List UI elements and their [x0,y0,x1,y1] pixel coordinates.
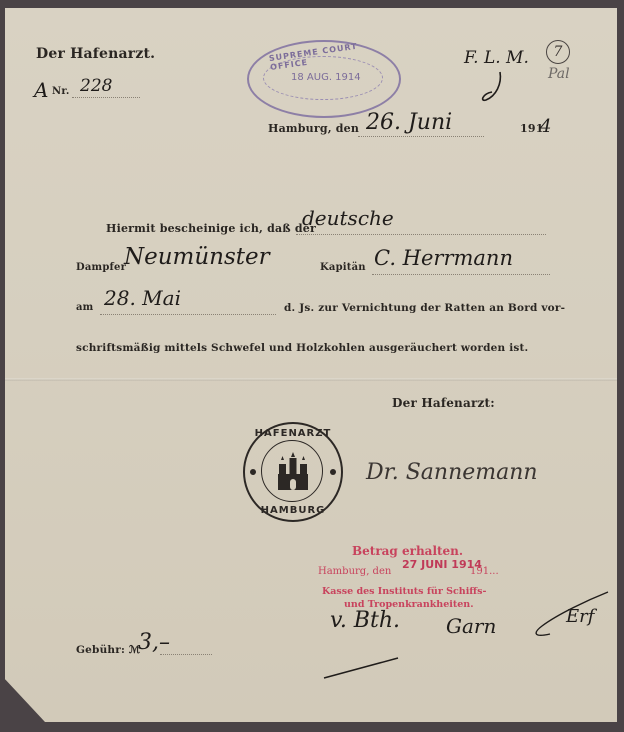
seal-dot-right [330,469,336,475]
nationality-rule [296,234,546,235]
payment-year-suffix: 191... [470,566,499,577]
port-doctor-signature: Dr. Sannemann [366,460,538,485]
number-label: Nr. [52,86,70,97]
circled-number: 7 [546,40,570,64]
captain-label: Kapitän [320,262,366,273]
seal-dot-left [250,469,256,475]
hamburg-castle-icon [277,452,309,492]
pen-stroke-icon [322,656,402,680]
cashier-signature: v. Bth. [330,608,400,633]
hafenarzt-hamburg-seal: HAFENARZT HAMBURG [243,422,343,522]
paper-fold-line [5,378,617,381]
fee-amount: 3,– [138,630,170,655]
initials-flourish-icon [478,70,508,106]
captain-name: C. Herrmann [374,246,513,270]
number-value: 228 [80,76,112,96]
purpose-text: d. Js. zur Vernichtung der Ratten an Bor… [284,302,565,314]
year-handwritten: 4 [540,116,551,137]
date-rule [358,136,484,137]
method-text: schriftsmäßig mittels Schwefel und Holzk… [76,342,528,354]
number-prefix-handwritten: A [34,78,48,102]
payment-received-text: Betrag erhalten. [352,544,463,558]
date-day-month: 26. Juni [366,110,452,135]
number-rule [72,97,140,98]
steamer-label: Dampfer [76,262,126,273]
seal-bottom-text: HAMBURG [245,505,341,516]
signature-title: Der Hafenarzt: [392,396,495,410]
supreme-court-received-stamp: SUPREME COURT OFFICE 18 AUG. 1914 [247,40,401,118]
nationality-handwritten: deutsche [302,206,394,230]
institute-name-line1: Kasse des Instituts für Schiffs- [322,586,486,597]
fee-label: Gebühr: ℳ [76,644,140,656]
initials-annotation: F. L. M. [464,48,529,68]
payment-place-label: Hamburg, den [318,566,391,577]
fee-rule [160,654,212,655]
captain-rule [372,274,550,275]
stamp-date: 18 AUG. 1914 [291,72,361,83]
fumigation-date: 28. Mai [104,286,181,310]
pencil-mark: Pal [548,66,570,82]
seal-top-text: HAFENARZT [245,428,341,439]
office-heading: Der Hafenarzt. [36,46,155,62]
ship-name: Neumünster [124,244,270,270]
on-label: am [76,302,93,313]
flourish-stroke-icon [528,590,612,640]
place-label: Hamburg, den [268,122,359,135]
fumigation-date-rule [100,314,276,315]
certify-text: Hiermit bescheinige ich, daß der [106,222,316,235]
cashier-signature-2: Garn [446,614,496,638]
